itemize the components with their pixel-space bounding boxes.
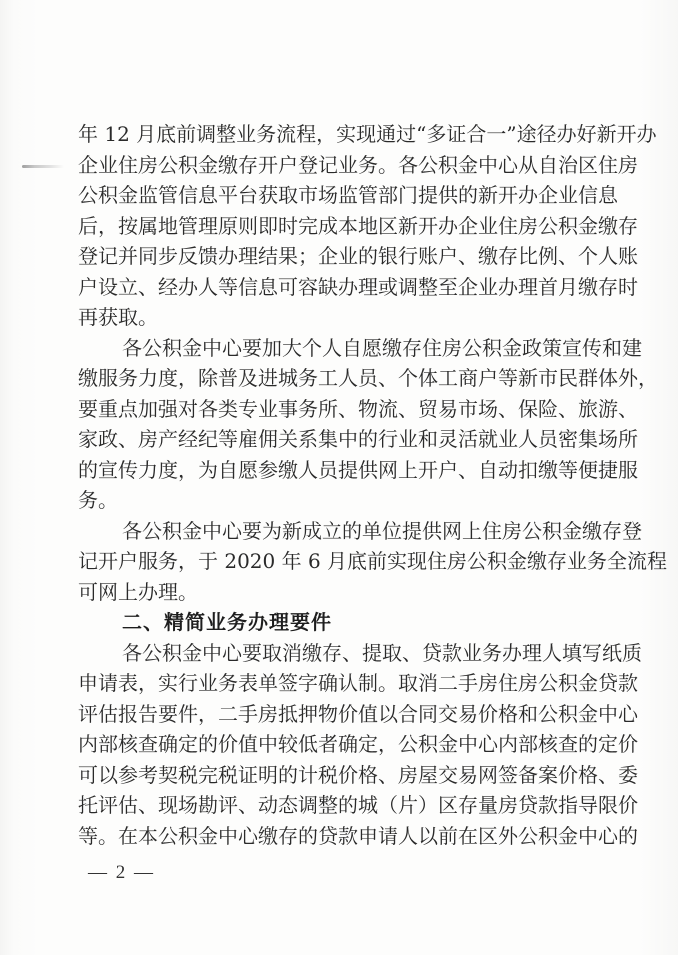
text-line: 后，按属地管理原则即时完成本地区新开办企业住房公积金缴存 bbox=[78, 211, 618, 242]
text-line: 的宣传力度，为自愿参缴人员提供网上开户、自动扣缴等便捷服 bbox=[78, 455, 618, 486]
text-line: 再获取。 bbox=[78, 302, 618, 333]
text-line: 登记并同步反馈办理结果；企业的银行账户、缴存比例、个人账 bbox=[78, 241, 618, 272]
scan-artifact-mark bbox=[22, 165, 64, 168]
paragraph-first-line: 各公积金中心要为新成立的单位提供网上住房公积金缴存登 bbox=[78, 516, 618, 547]
paragraph-first-line: 各公积金中心要加大个人自愿缴存住房公积金政策宣传和建 bbox=[78, 333, 618, 364]
text-line: 等。在本公积金中心缴存的贷款申请人以前在区外公积金中心的 bbox=[78, 821, 618, 852]
text-line: 评估报告要件，二手房抵押物价值以合同交易价格和公积金中心 bbox=[78, 699, 618, 730]
text-line: 可网上办理。 bbox=[78, 577, 618, 608]
text-line: 托评估、现场勘评、动态调整的城（片）区存量房贷款指导限价 bbox=[78, 790, 618, 821]
text-line: 户设立、经办人等信息可容缺办理或调整至企业办理首月缴存时 bbox=[78, 272, 618, 303]
text-line: 要重点加强对各类专业事务所、物流、贸易市场、保险、旅游、 bbox=[78, 394, 618, 425]
document-page: 年 12 月底前调整业务流程，实现通过“多证合一”途径办好新开办 企业住房公积金… bbox=[0, 0, 678, 955]
text-line: 企业住房公积金缴存开户登记业务。各公积金中心从自治区住房 bbox=[78, 150, 618, 181]
paragraph-first-line: 各公积金中心要取消缴存、提取、贷款业务办理人填写纸质 bbox=[78, 638, 618, 669]
text-line: 记开户服务，于 2020 年 6 月底前实现住房公积金缴存业务全流程 bbox=[78, 546, 618, 577]
text-line: 可以参考契税完税证明的计税价格、房屋交易网签备案价格、委 bbox=[78, 760, 618, 791]
text-line: 务。 bbox=[78, 485, 618, 516]
text-line: 家政、房产经纪等雇佣关系集中的行业和灵活就业人员密集场所 bbox=[78, 424, 618, 455]
text-line: 缴服务力度，除普及进城务工人员、个体工商户等新市民群体外， bbox=[78, 363, 618, 394]
page-number: — 2 — bbox=[88, 862, 155, 884]
text-line: 年 12 月底前调整业务流程，实现通过“多证合一”途径办好新开办 bbox=[78, 119, 618, 150]
text-line: 申请表，实行业务表单签字确认制。取消二手房住房公积金贷款 bbox=[78, 668, 618, 699]
text-line: 公积金监管信息平台获取市场监管部门提供的新开办企业信息 bbox=[78, 180, 618, 211]
document-body: 年 12 月底前调整业务流程，实现通过“多证合一”途径办好新开办 企业住房公积金… bbox=[78, 119, 618, 851]
section-heading: 二、精简业务办理要件 bbox=[78, 607, 618, 638]
text-line: 内部核查确定的价值中较低者确定，公积金中心内部核查的定价 bbox=[78, 729, 618, 760]
